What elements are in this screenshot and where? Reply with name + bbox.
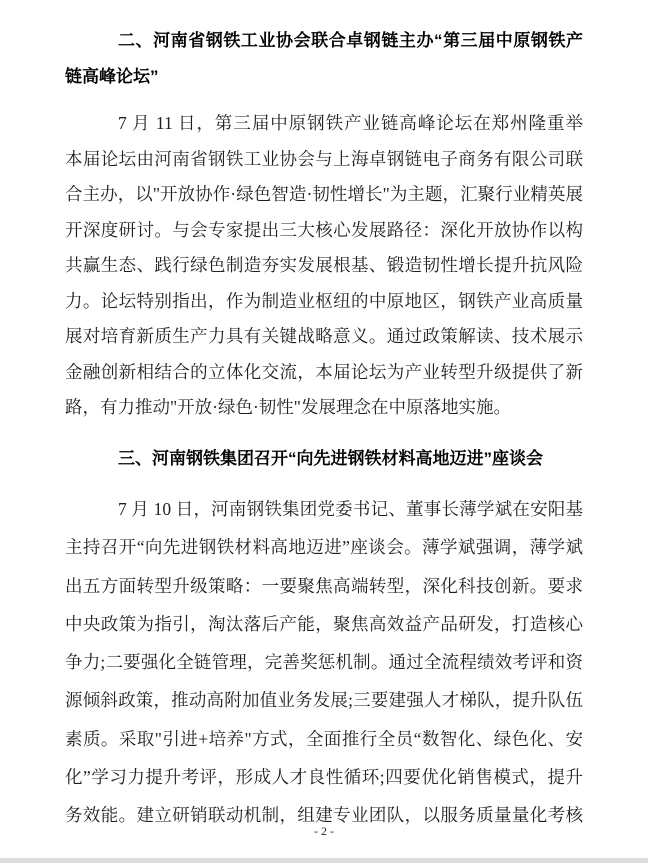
page-bottom-edge — [0, 858, 648, 863]
body-line: 争力;二要强化全链管理，完善奖惩机制。通过全流程绩效考评和资 — [65, 643, 583, 681]
body-line: 合主办，以"开放协作·绿色智造·韧性增长"为主题，汇聚行业精英展 — [65, 177, 583, 213]
body-line: 出五方面转型升级策略：一要聚焦高端转型，深化科技创新。要求以 — [65, 567, 583, 605]
body-line: 7 月 11 日，第三届中原钢铁产业链高峰论坛在郑州隆重举行。 — [65, 106, 583, 142]
body-line: 素质。采取"引进+培养"方式，全面推行全员“数智化、绿色化、安全 — [65, 720, 583, 758]
body-line: 源倾斜政策，推动高附加值业务发展;三要建强人才梯队，提升队伍 — [65, 681, 583, 719]
body-line: 本届论坛由河南省钢铁工业协会与上海卓钢链电子商务有限公司联 — [65, 142, 583, 178]
body-line: 主持召开“向先进钢铁材料高地迈进”座谈会。薄学斌强调，薄学斌提 — [65, 528, 583, 566]
section-heading-3: 三、河南钢铁集团召开“向先进钢铁材料高地迈进”座谈会 — [65, 441, 583, 477]
section-heading-2: 二、河南省钢铁工业协会联合卓钢链主办“第三届中原钢铁产业 链高峰论坛” — [65, 23, 583, 94]
body-line: 金融创新相结合的立体化交流，本届论坛为产业转型升级提供了新思 — [65, 355, 583, 391]
heading-line: 二、河南省钢铁工业协会联合卓钢链主办“第三届中原钢铁产业 — [65, 23, 583, 59]
body-line: 7 月 10 日，河南钢铁集团党委书记、董事长薄学斌在安阳基地 — [65, 490, 583, 528]
body-line: 共赢生态、践行绿色制造夯实发展根基、锻造韧性增长提升抗风险能 — [65, 248, 583, 284]
body-line: 力。论坛特别指出，作为制造业枢纽的中原地区，钢铁产业高质量发 — [65, 284, 583, 320]
page-number: - 2 - — [0, 821, 648, 841]
paragraph-symposium-report: 7 月 10 日，河南钢铁集团党委书记、董事长薄学斌在安阳基地 主持召开“向先进… — [65, 490, 583, 835]
body-line: 中央政策为指引，淘汰落后产能，聚焦高效益产品研发，打造核心竞 — [65, 605, 583, 643]
heading-line: 三、河南钢铁集团召开“向先进钢铁材料高地迈进”座谈会 — [65, 441, 583, 477]
paragraph-forum-report: 7 月 11 日，第三届中原钢铁产业链高峰论坛在郑州隆重举行。 本届论坛由河南省… — [65, 106, 583, 426]
body-line: 展对培育新质生产力具有关键战略意义。通过政策解读、技术展示与 — [65, 319, 583, 355]
heading-line: 链高峰论坛” — [65, 59, 583, 95]
document-page: 二、河南省钢铁工业协会联合卓钢链主办“第三届中原钢铁产业 链高峰论坛” 7 月 … — [0, 0, 648, 863]
body-line: 开深度研讨。与会专家提出三大核心发展路径：深化开放协作以构建 — [65, 213, 583, 249]
body-line: 路，有力推动"开放·绿色·韧性"发展理念在中原落地实施。 — [65, 390, 583, 426]
body-line: 化”学习力提升考评，形成人才良性循环;四要优化销售模式，提升服 — [65, 758, 583, 796]
